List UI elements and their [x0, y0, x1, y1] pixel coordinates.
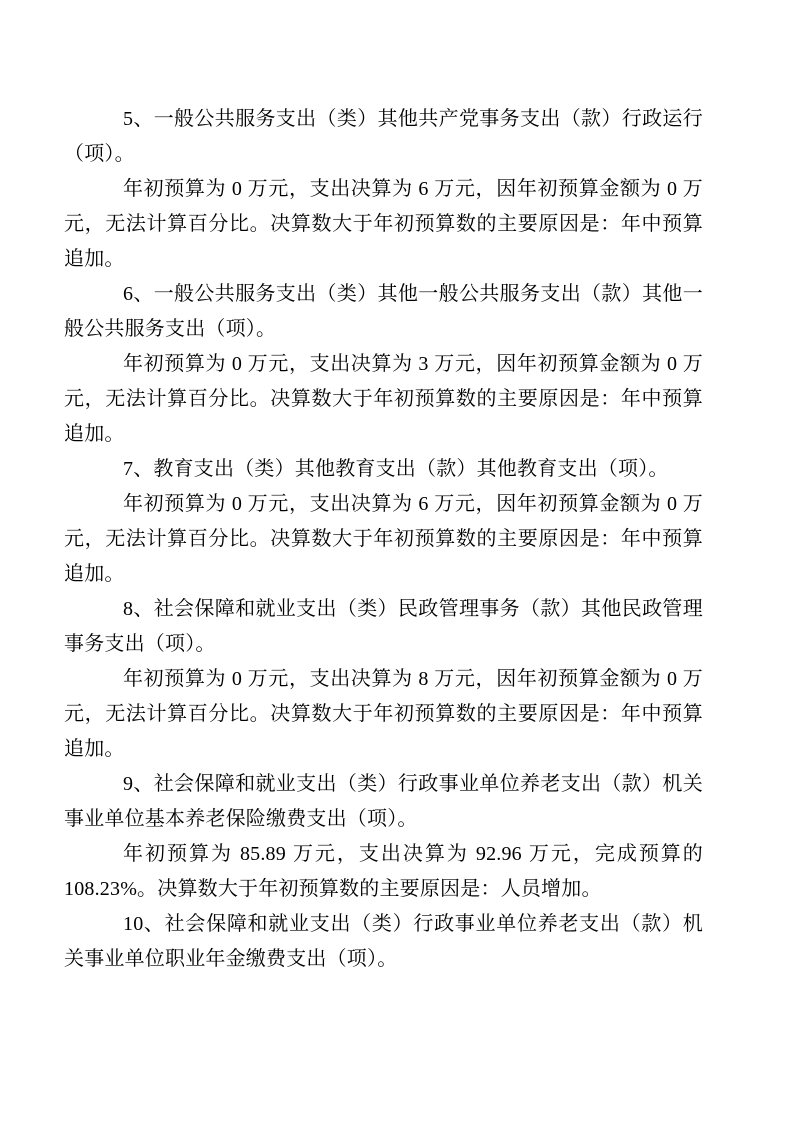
document-page: 5、一般公共服务支出（类）其他共产党事务支出（款）行政运行（项）。 年初预算为 … [0, 0, 793, 1122]
section-5-title: 5、一般公共服务支出（类）其他共产党事务支出（款）行政运行（项）。 [64, 102, 703, 172]
section-8-body: 年初预算为 0 万元，支出决算为 8 万元，因年初预算金额为 0 万元，无法计算… [64, 662, 703, 767]
section-6-title: 6、一般公共服务支出（类）其他一般公共服务支出（款）其他一般公共服务支出（项）。 [64, 277, 703, 347]
section-9-title: 9、社会保障和就业支出（类）行政事业单位养老支出（款）机关事业单位基本养老保险缴… [64, 767, 703, 837]
section-7-body: 年初预算为 0 万元，支出决算为 6 万元，因年初预算金额为 0 万元，无法计算… [64, 487, 703, 592]
section-5-body: 年初预算为 0 万元，支出决算为 6 万元，因年初预算金额为 0 万元，无法计算… [64, 172, 703, 277]
section-7-title: 7、教育支出（类）其他教育支出（款）其他教育支出（项）。 [64, 452, 703, 487]
section-8-title: 8、社会保障和就业支出（类）民政管理事务（款）其他民政管理事务支出（项）。 [64, 592, 703, 662]
section-9-body: 年初预算为 85.89 万元，支出决算为 92.96 万元，完成预算的 108.… [64, 837, 703, 907]
document-content: 5、一般公共服务支出（类）其他共产党事务支出（款）行政运行（项）。 年初预算为 … [0, 0, 793, 977]
section-6-body: 年初预算为 0 万元，支出决算为 3 万元，因年初预算金额为 0 万元，无法计算… [64, 347, 703, 452]
section-10-title: 10、社会保障和就业支出（类）行政事业单位养老支出（款）机关事业单位职业年金缴费… [64, 907, 703, 977]
